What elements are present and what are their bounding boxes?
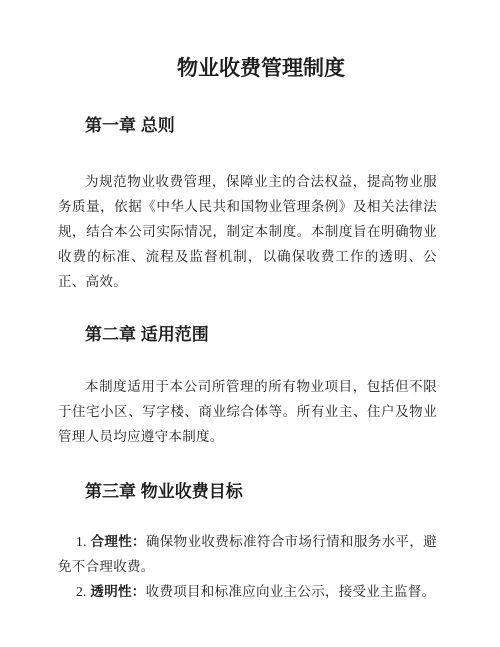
list-item: 2. 透明性：收费项目和标准应向业主公示，接受业主监督。 xyxy=(58,579,437,604)
chapter-1-paragraph: 为规范物业收费管理，保障业主的合法权益，提高物业服务质量，依据《中华人民共和国物… xyxy=(58,169,437,294)
list-item-text: 收费项目和标准应向业主公示，接受业主监督。 xyxy=(146,584,436,599)
list-item-label: 合理性： xyxy=(90,534,145,549)
chapter-2-paragraph: 本制度适用于本公司所管理的所有物业项目，包括但不限于住宅小区、写字楼、商业综合体… xyxy=(58,374,437,449)
list-item: 1. 合理性：确保物业收费标准符合市场行情和服务水平，避免不合理收费。 xyxy=(58,529,437,579)
chapter-3-item-list: 1. 合理性：确保物业收费标准符合市场行情和服务水平，避免不合理收费。 2. 透… xyxy=(58,529,437,604)
chapter-2-heading: 第二章 适用范围 xyxy=(58,323,437,347)
document-title: 物业收费管理制度 xyxy=(58,0,437,84)
list-item-label: 透明性： xyxy=(90,584,145,599)
list-item-number: 2. xyxy=(76,584,90,599)
document-page: 物业收费管理制度 第一章 总则 为规范物业收费管理，保障业主的合法权益，提高物业… xyxy=(0,0,500,647)
chapter-3-heading: 第三章 物业收费目标 xyxy=(58,480,437,504)
list-item-number: 1. xyxy=(76,534,90,549)
chapter-1-heading: 第一章 总则 xyxy=(58,114,437,138)
